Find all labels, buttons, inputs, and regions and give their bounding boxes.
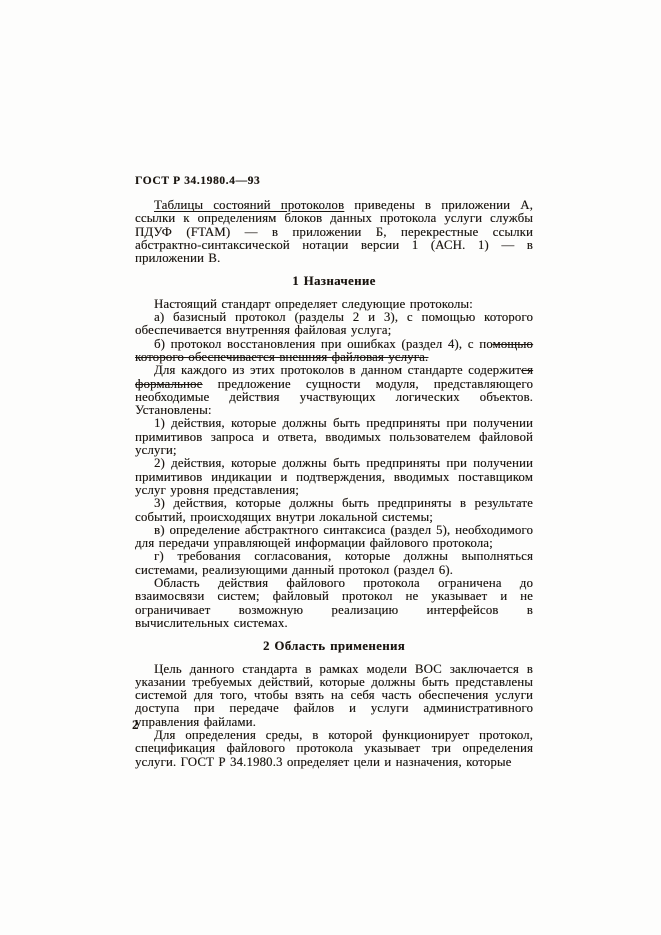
paragraph: Настоящий стандарт определяет следующие … bbox=[135, 298, 533, 311]
text-run: Таблицы состояний протоколов bbox=[154, 198, 344, 212]
paragraph: Для определения среды, в которой функцио… bbox=[135, 729, 533, 769]
text-run: 2 Область применения bbox=[263, 639, 405, 653]
section-heading: 1 Назначение bbox=[135, 275, 533, 288]
text-run: 2) действия, которые должны быть предпри… bbox=[135, 456, 533, 497]
document-body: Таблицы состояний протоколов приведены в… bbox=[135, 199, 533, 769]
paragraph: Цель данного стандарта в рамках модели В… bbox=[135, 663, 533, 729]
paragraph: Область действия файлового протокола огр… bbox=[135, 577, 533, 630]
paragraph: 3) действия, которые должны быть предпри… bbox=[135, 497, 533, 524]
text-run: г) требования согласования, которые долж… bbox=[135, 549, 533, 576]
page: ГОСТ Р 34.1980.4—93 Таблицы состояний пр… bbox=[0, 0, 661, 935]
running-header: ГОСТ Р 34.1980.4—93 bbox=[135, 175, 260, 187]
paragraph: в) определение абстрактного синтаксиса (… bbox=[135, 524, 533, 551]
section-heading: 2 Область применения bbox=[135, 640, 533, 653]
text-run: а) базисный протокол (разделы 2 и 3), с … bbox=[135, 310, 533, 337]
paragraph: Для каждого из этих протоколов в данном … bbox=[135, 364, 533, 417]
text-run: Цель данного стандарта в рамках модели В… bbox=[135, 662, 533, 729]
text-run: Для определения среды, в которой функцио… bbox=[135, 728, 533, 769]
text-run: б) протокол восстановления при ошибках (… bbox=[154, 337, 493, 351]
text-run: 1 Назначение bbox=[292, 274, 375, 288]
paragraph: 2) действия, которые должны быть предпри… bbox=[135, 457, 533, 497]
paragraph: б) протокол восстановления при ошибках (… bbox=[135, 338, 533, 365]
text-run: в) определение абстрактного синтаксиса (… bbox=[135, 523, 533, 550]
page-number: 2 bbox=[132, 718, 138, 733]
text-run: Область действия файлового протокола огр… bbox=[135, 576, 533, 630]
text-run: 3) действия, которые должны быть предпри… bbox=[135, 496, 533, 523]
text-run: Для каждого из этих протоколов в данном … bbox=[154, 363, 521, 377]
text-run: Настоящий стандарт определяет следующие … bbox=[154, 297, 473, 311]
text-run: 1) действия, которые должны быть предпри… bbox=[135, 416, 533, 457]
paragraph: г) требования согласования, которые долж… bbox=[135, 550, 533, 577]
paragraph: Таблицы состояний протоколов приведены в… bbox=[135, 199, 533, 265]
paragraph: а) базисный протокол (разделы 2 и 3), с … bbox=[135, 311, 533, 338]
paragraph: 1) действия, которые должны быть предпри… bbox=[135, 417, 533, 457]
